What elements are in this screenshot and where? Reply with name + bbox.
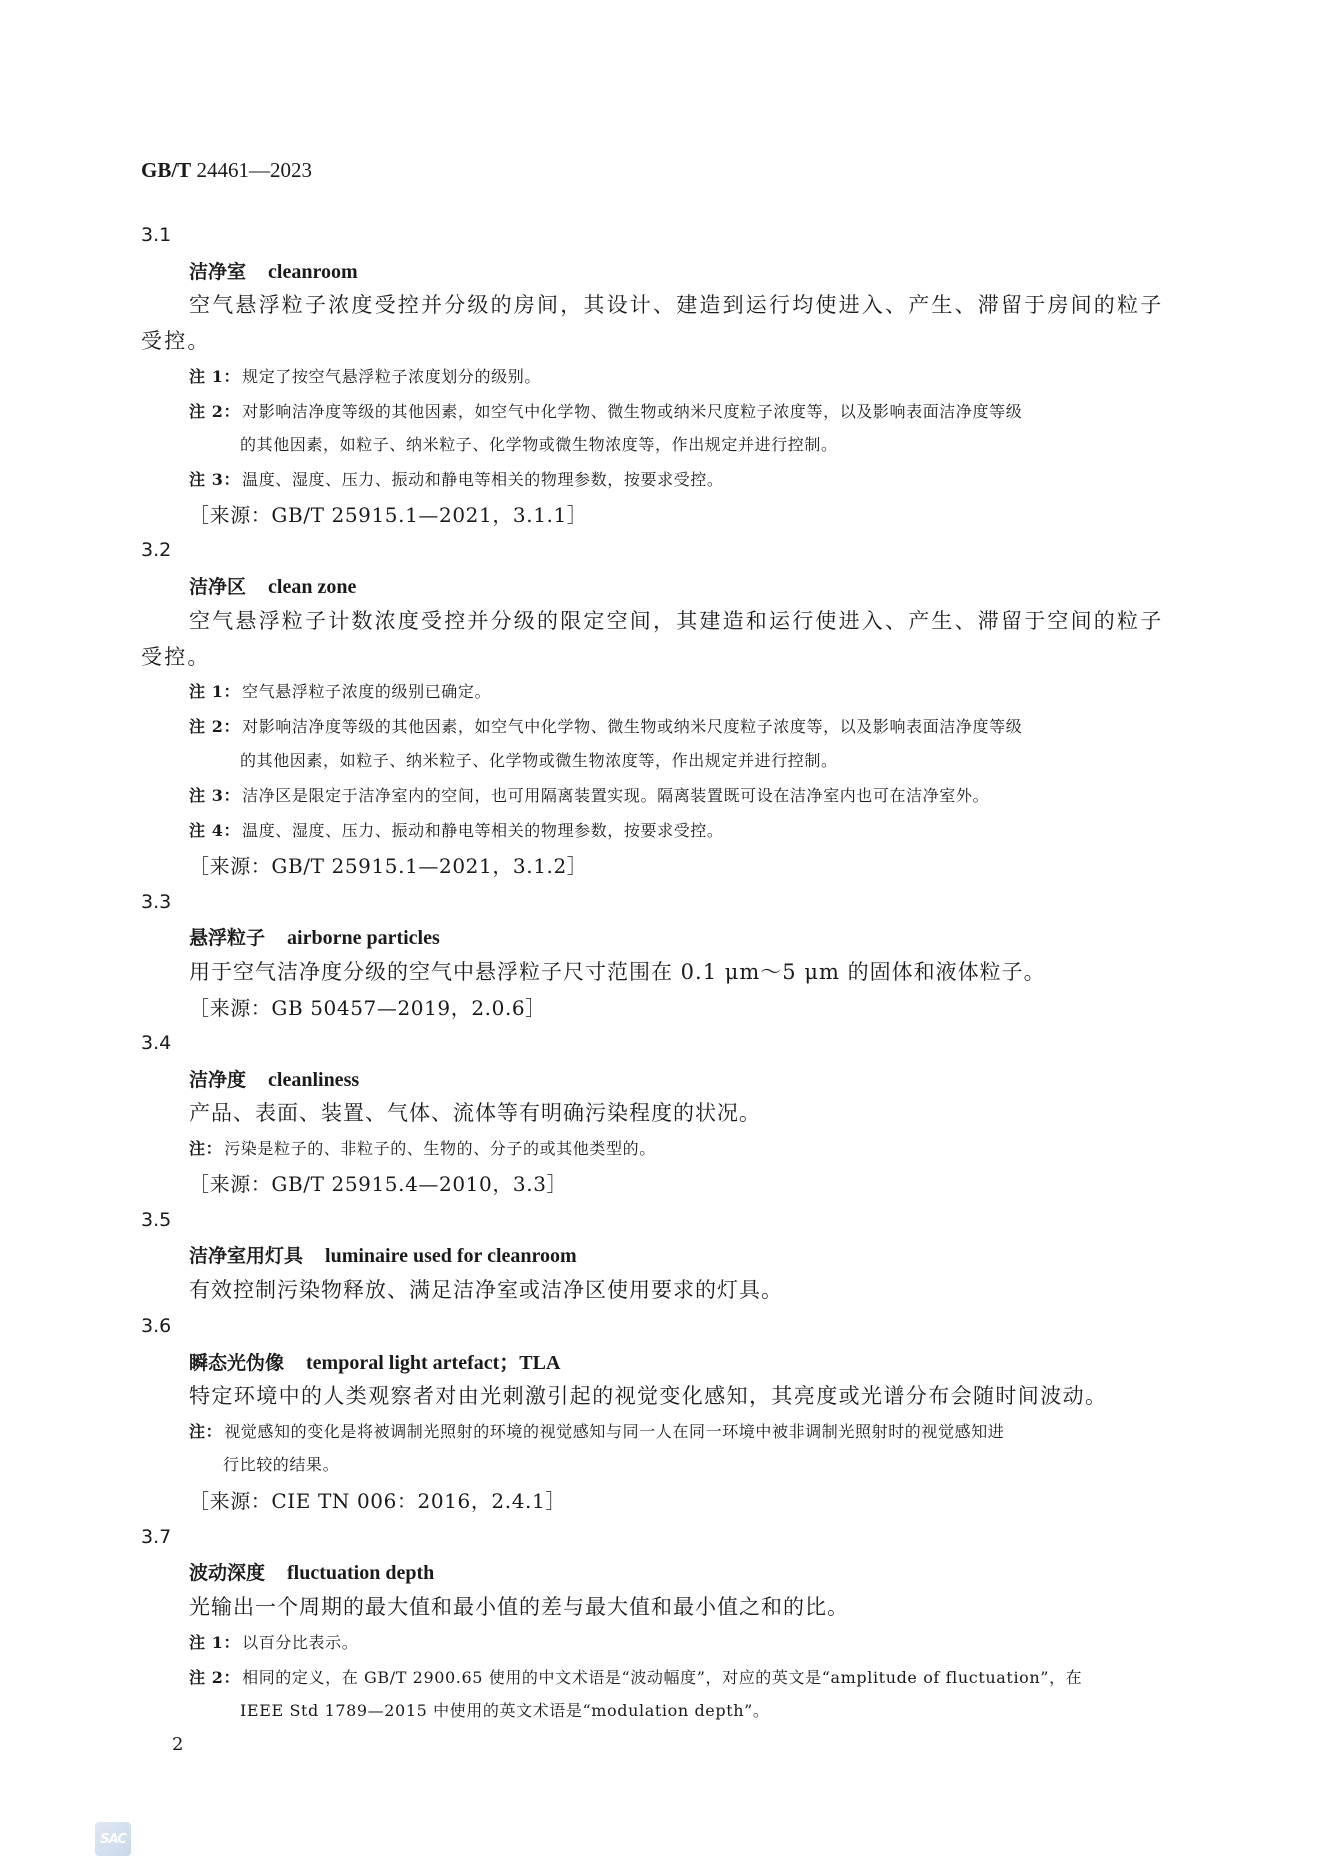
- definition-line: 特定环境中的人类观察者对由光刺激引起的视觉变化感知，其亮度或光谱分布会随时间波动…: [189, 1386, 1107, 1407]
- note: 注 3：温度、湿度、压力、振动和静电等相关的物理参数，按要求受控。: [189, 472, 724, 488]
- term-en: cleanroom: [268, 261, 358, 283]
- source-citation: ［来源：GB/T 25915.4—2010，3.3］: [189, 1174, 567, 1194]
- term-en: cleanliness: [268, 1069, 359, 1091]
- note-continuation: 的其他因素，如粒子、纳米粒子、化学物或微生物浓度等，作出规定并进行控制。: [240, 753, 838, 769]
- term-en: temporal light artefact；TLA: [306, 1352, 560, 1374]
- term-zh: 洁净度: [189, 1069, 246, 1091]
- source-citation: ［来源：GB 50457—2019，2.0.6］: [189, 998, 546, 1018]
- term-zh: 洁净区: [189, 576, 246, 598]
- definition-line: 有效控制污染物释放、满足洁净室或洁净区使用要求的灯具。: [189, 1280, 783, 1301]
- note-label: 注 1：: [189, 1633, 240, 1652]
- source-citation: ［来源：CIE TN 006：2016，2.4.1］: [189, 1491, 566, 1511]
- note-label: 注 2：: [189, 717, 240, 736]
- term-en: fluctuation depth: [287, 1562, 434, 1584]
- term-heading: 洁净度cleanliness: [189, 1070, 359, 1090]
- note: 注 3：洁净区是限定于洁净室内的空间，也可用隔离装置实现。隔离装置既可设在洁净室…: [189, 788, 989, 804]
- source-citation: ［来源：GB/T 25915.1—2021，3.1.2］: [189, 856, 587, 876]
- document-header: GB/T 24461—2023: [141, 160, 312, 181]
- definition-line: 产品、表面、装置、气体、流体等有明确污染程度的状况。: [189, 1103, 761, 1124]
- note-label: 注 3：: [189, 786, 240, 805]
- clause-number: 3.7: [141, 1528, 171, 1547]
- clause-number: 3.4: [141, 1034, 171, 1053]
- definition-line: 光输出一个周期的最大值和最小值的差与最大值和最小值之和的比。: [189, 1597, 849, 1618]
- note: 注 1：以百分比表示。: [189, 1635, 358, 1651]
- term-en: airborne particles: [287, 927, 440, 949]
- note-label: 注 4：: [189, 821, 240, 840]
- note: 注 2：对影响洁净度等级的其他因素，如空气中化学物、微生物或纳米尺度粒子浓度等，…: [189, 404, 1022, 420]
- note-label: 注 2：: [189, 402, 240, 421]
- term-zh: 瞬态光伪像: [189, 1352, 284, 1374]
- note: 注 2：相同的定义，在 GB/T 2900.65 使用的中文术语是“波动幅度”，…: [189, 1670, 1082, 1686]
- note-label: 注 3：: [189, 470, 240, 489]
- note-continuation: IEEE Std 1789—2015 中使用的英文术语是“modulation …: [240, 1703, 770, 1719]
- term-zh: 洁净室: [189, 261, 246, 283]
- page-number: 2: [172, 1736, 183, 1754]
- note-continuation: 行比较的结果。: [223, 1457, 339, 1473]
- definition-line: 受控。: [141, 647, 211, 668]
- source-citation: ［来源：GB/T 25915.1—2021，3.1.1］: [189, 505, 587, 525]
- definition-line: 受控。: [141, 331, 211, 352]
- sac-logo: SAC: [95, 1822, 131, 1856]
- clause-number: 3.3: [141, 893, 171, 912]
- note-label: 注 1：: [189, 682, 240, 701]
- term-heading: 瞬态光伪像temporal light artefact；TLA: [189, 1353, 560, 1373]
- note-label: 注：: [189, 1139, 222, 1158]
- term-heading: 波动深度fluctuation depth: [189, 1563, 434, 1583]
- note: 注：污染是粒子的、非粒子的、生物的、分子的或其他类型的。: [189, 1141, 656, 1157]
- clause-number: 3.6: [141, 1317, 171, 1336]
- note: 注 1：空气悬浮粒子浓度的级别已确定。: [189, 684, 491, 700]
- note: 注：视觉感知的变化是将被调制光照射的环境的视觉感知与同一人在同一环境中被非调制光…: [189, 1424, 1004, 1440]
- note: 注 2：对影响洁净度等级的其他因素，如空气中化学物、微生物或纳米尺度粒子浓度等，…: [189, 719, 1022, 735]
- clause-number: 3.5: [141, 1211, 171, 1230]
- clause-number: 3.2: [141, 541, 171, 560]
- standard-number: 24461—2023: [196, 158, 312, 182]
- note-continuation: 的其他因素，如粒子、纳米粒子、化学物或微生物浓度等，作出规定并进行控制。: [240, 437, 838, 453]
- term-heading: 悬浮粒子airborne particles: [189, 928, 440, 948]
- note-label: 注 1：: [189, 367, 240, 386]
- clause-number: 3.1: [141, 226, 171, 245]
- term-zh: 洁净室用灯具: [189, 1245, 303, 1267]
- standard-prefix: GB/T: [141, 158, 191, 182]
- term-heading: 洁净室用灯具luminaire used for cleanroom: [189, 1246, 577, 1266]
- note: 注 1：规定了按空气悬浮粒子浓度划分的级别。: [189, 369, 541, 385]
- term-heading: 洁净室cleanroom: [189, 262, 358, 282]
- term-heading: 洁净区clean zone: [189, 577, 356, 597]
- note: 注 4：温度、湿度、压力、振动和静电等相关的物理参数，按要求受控。: [189, 823, 724, 839]
- term-en: luminaire used for cleanroom: [325, 1245, 577, 1267]
- term-zh: 波动深度: [189, 1562, 265, 1584]
- definition-line: 空气悬浮粒子计数浓度受控并分级的限定空间，其建造和运行使进入、产生、滞留于空间的…: [189, 611, 1163, 632]
- note-label: 注 2：: [189, 1668, 240, 1687]
- definition-line: 空气悬浮粒子浓度受控并分级的房间，其设计、建造到运行均使进入、产生、滞留于房间的…: [189, 295, 1163, 316]
- definition-line: 用于空气洁净度分级的空气中悬浮粒子尺寸范围在 0.1 μm～5 μm 的固体和液…: [189, 962, 1046, 983]
- term-en: clean zone: [268, 576, 356, 598]
- term-zh: 悬浮粒子: [189, 927, 265, 949]
- note-label: 注：: [189, 1422, 222, 1441]
